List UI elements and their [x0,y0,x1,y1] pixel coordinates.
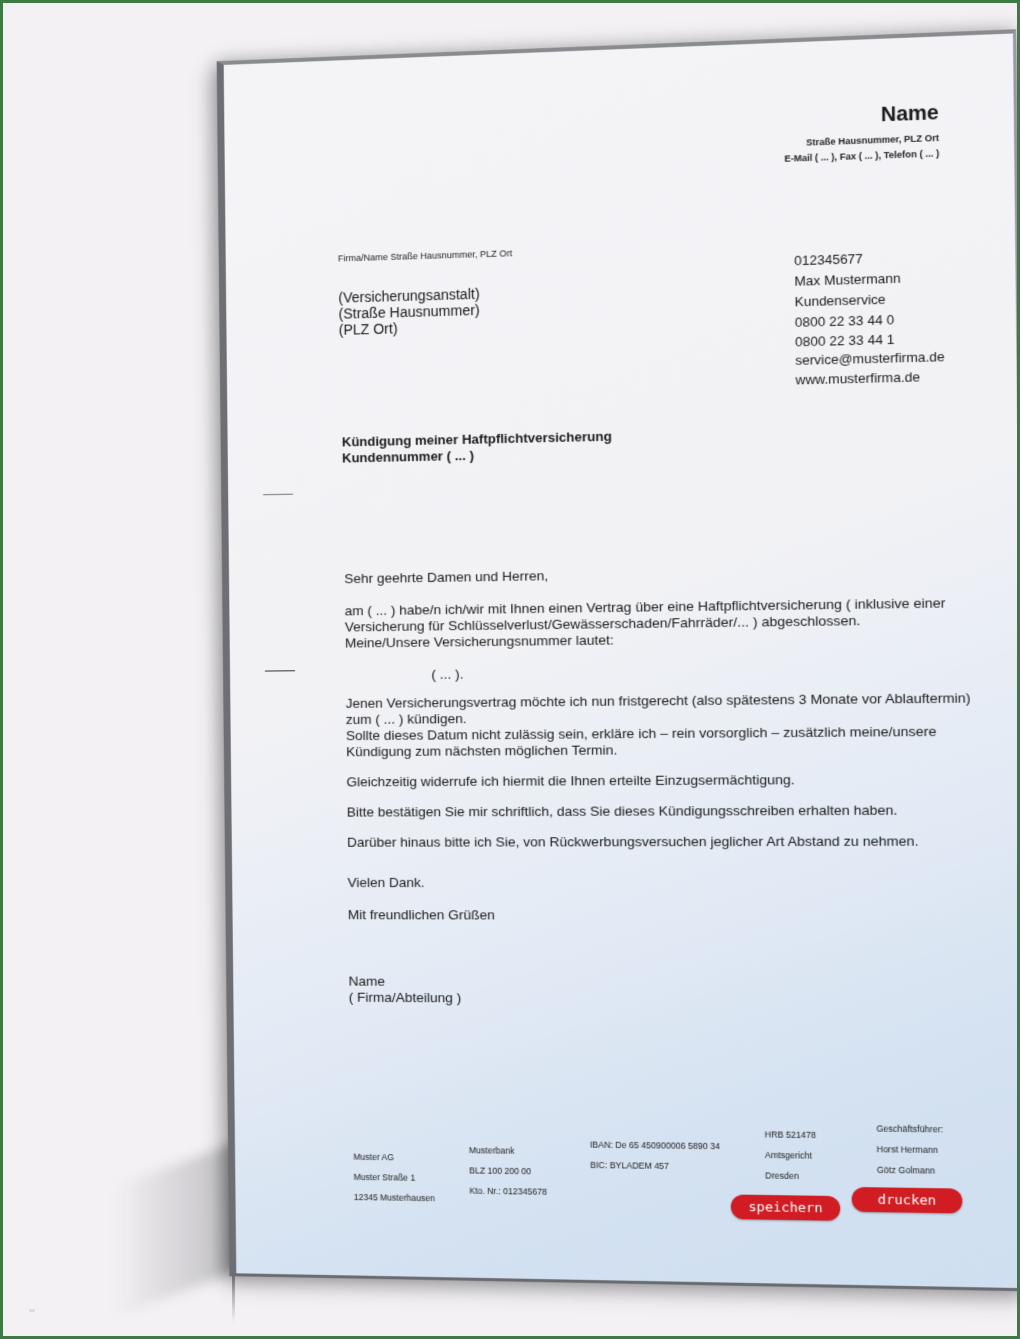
recipient-line: (PLZ Ort) [339,318,480,338]
paragraph-termination: Jenen Versicherungsvertrag möchte ich nu… [346,690,972,760]
thanks: Vielen Dank. [347,875,424,891]
footer-line: HRB 521478 [765,1124,816,1145]
footer-line: IBAN: De 65 450900006 5890 34 [590,1134,720,1156]
paragraph-revocation: Gleichzeitig widerrufe ich hiermit die I… [346,772,794,790]
letterhead-address: Straße Hausnummer, PLZ Ort [806,133,939,148]
letterhead-name: Name [881,102,939,128]
contact-block: 012345677 Max Mustermann Kundenservice 0… [794,246,945,390]
footer-register: HRB 521478 Amtsgericht Dresden [765,1124,817,1186]
salutation: Sehr geehrte Damen und Herren, [344,568,548,587]
recipient-address: (Versicherungsanstalt) (Straße Hausnumme… [338,286,480,338]
footer-line: Geschäftsführer: [876,1118,943,1139]
footer-line: Muster AG [353,1147,434,1168]
signature-name: Name [348,974,461,991]
footer-line: Muster Straße 1 [354,1167,435,1188]
subject: Kündigung meiner Haftpflichtversicherung… [342,429,612,467]
footer-line: BLZ 100 200 00 [469,1160,547,1181]
page-shadow [113,1139,243,1316]
signature: Name ( Firma/Abteilung ) [348,974,461,1007]
paragraph-contract: am ( ... ) habe/n ich/wir mit Ihnen eine… [345,595,946,651]
document-page-wrapper: Name Straße Hausnummer, PLZ Ort E-Mail (… [217,29,1020,1291]
signature-department: ( Firma/Abteilung ) [349,990,462,1007]
footer-company: Muster AG Muster Straße 1 12345 Musterha… [353,1147,435,1209]
footer-line: Götz Golmann [877,1159,944,1181]
footer-line: Musterbank [469,1140,547,1161]
paragraph-line: Kündigung zum nächsten möglichen Termin. [346,740,971,760]
footer-line: Horst Hermann [877,1139,944,1161]
return-address: Firma/Name Straße Hausnummer, PLZ Ort [338,248,512,263]
page-reflection-left [232,1273,235,1323]
footer-iban: IBAN: De 65 450900006 5890 34 BIC: BYLAD… [590,1134,720,1177]
footer-line: 12345 Musterhausen [354,1187,435,1208]
contact-website: www.musterfirma.de [795,366,945,390]
document-page: Name Straße Hausnummer, PLZ Ort E-Mail (… [217,29,1020,1291]
letterhead-contact: E-Mail ( ... ), Fax ( ... ), Telefon ( .… [784,148,939,164]
paragraph-confirmation: Bitte bestätigen Sie mir schriftlich, da… [347,802,898,820]
image-frame: Name Straße Hausnummer, PLZ Ort E-Mail (… [0,0,1020,1339]
footer-line: BIC: BYLADEM 457 [590,1155,720,1177]
contact-email: service@musterfirma.de [795,347,945,370]
print-button[interactable]: drucken [852,1187,963,1213]
footer-line: Amtsgericht [765,1145,816,1166]
closing: Mit freundlichen Grüßen [348,907,495,923]
footer-line: Dresden [765,1165,816,1186]
paragraph-no-retention: Darüber hinaus bitte ich Sie, von Rückwe… [347,833,919,850]
footer-management: Geschäftsführer: Horst Hermann Götz Golm… [876,1118,944,1181]
decorative-mark [29,1309,35,1312]
footer-line: Kto. Nr.: 012345678 [469,1181,547,1202]
punch-mark [265,670,295,671]
fold-mark [263,494,293,496]
insurance-number-placeholder: ( ... ). [431,666,463,682]
footer-bank: Musterbank BLZ 100 200 00 Kto. Nr.: 0123… [469,1140,547,1202]
save-button[interactable]: speichern [731,1194,841,1220]
